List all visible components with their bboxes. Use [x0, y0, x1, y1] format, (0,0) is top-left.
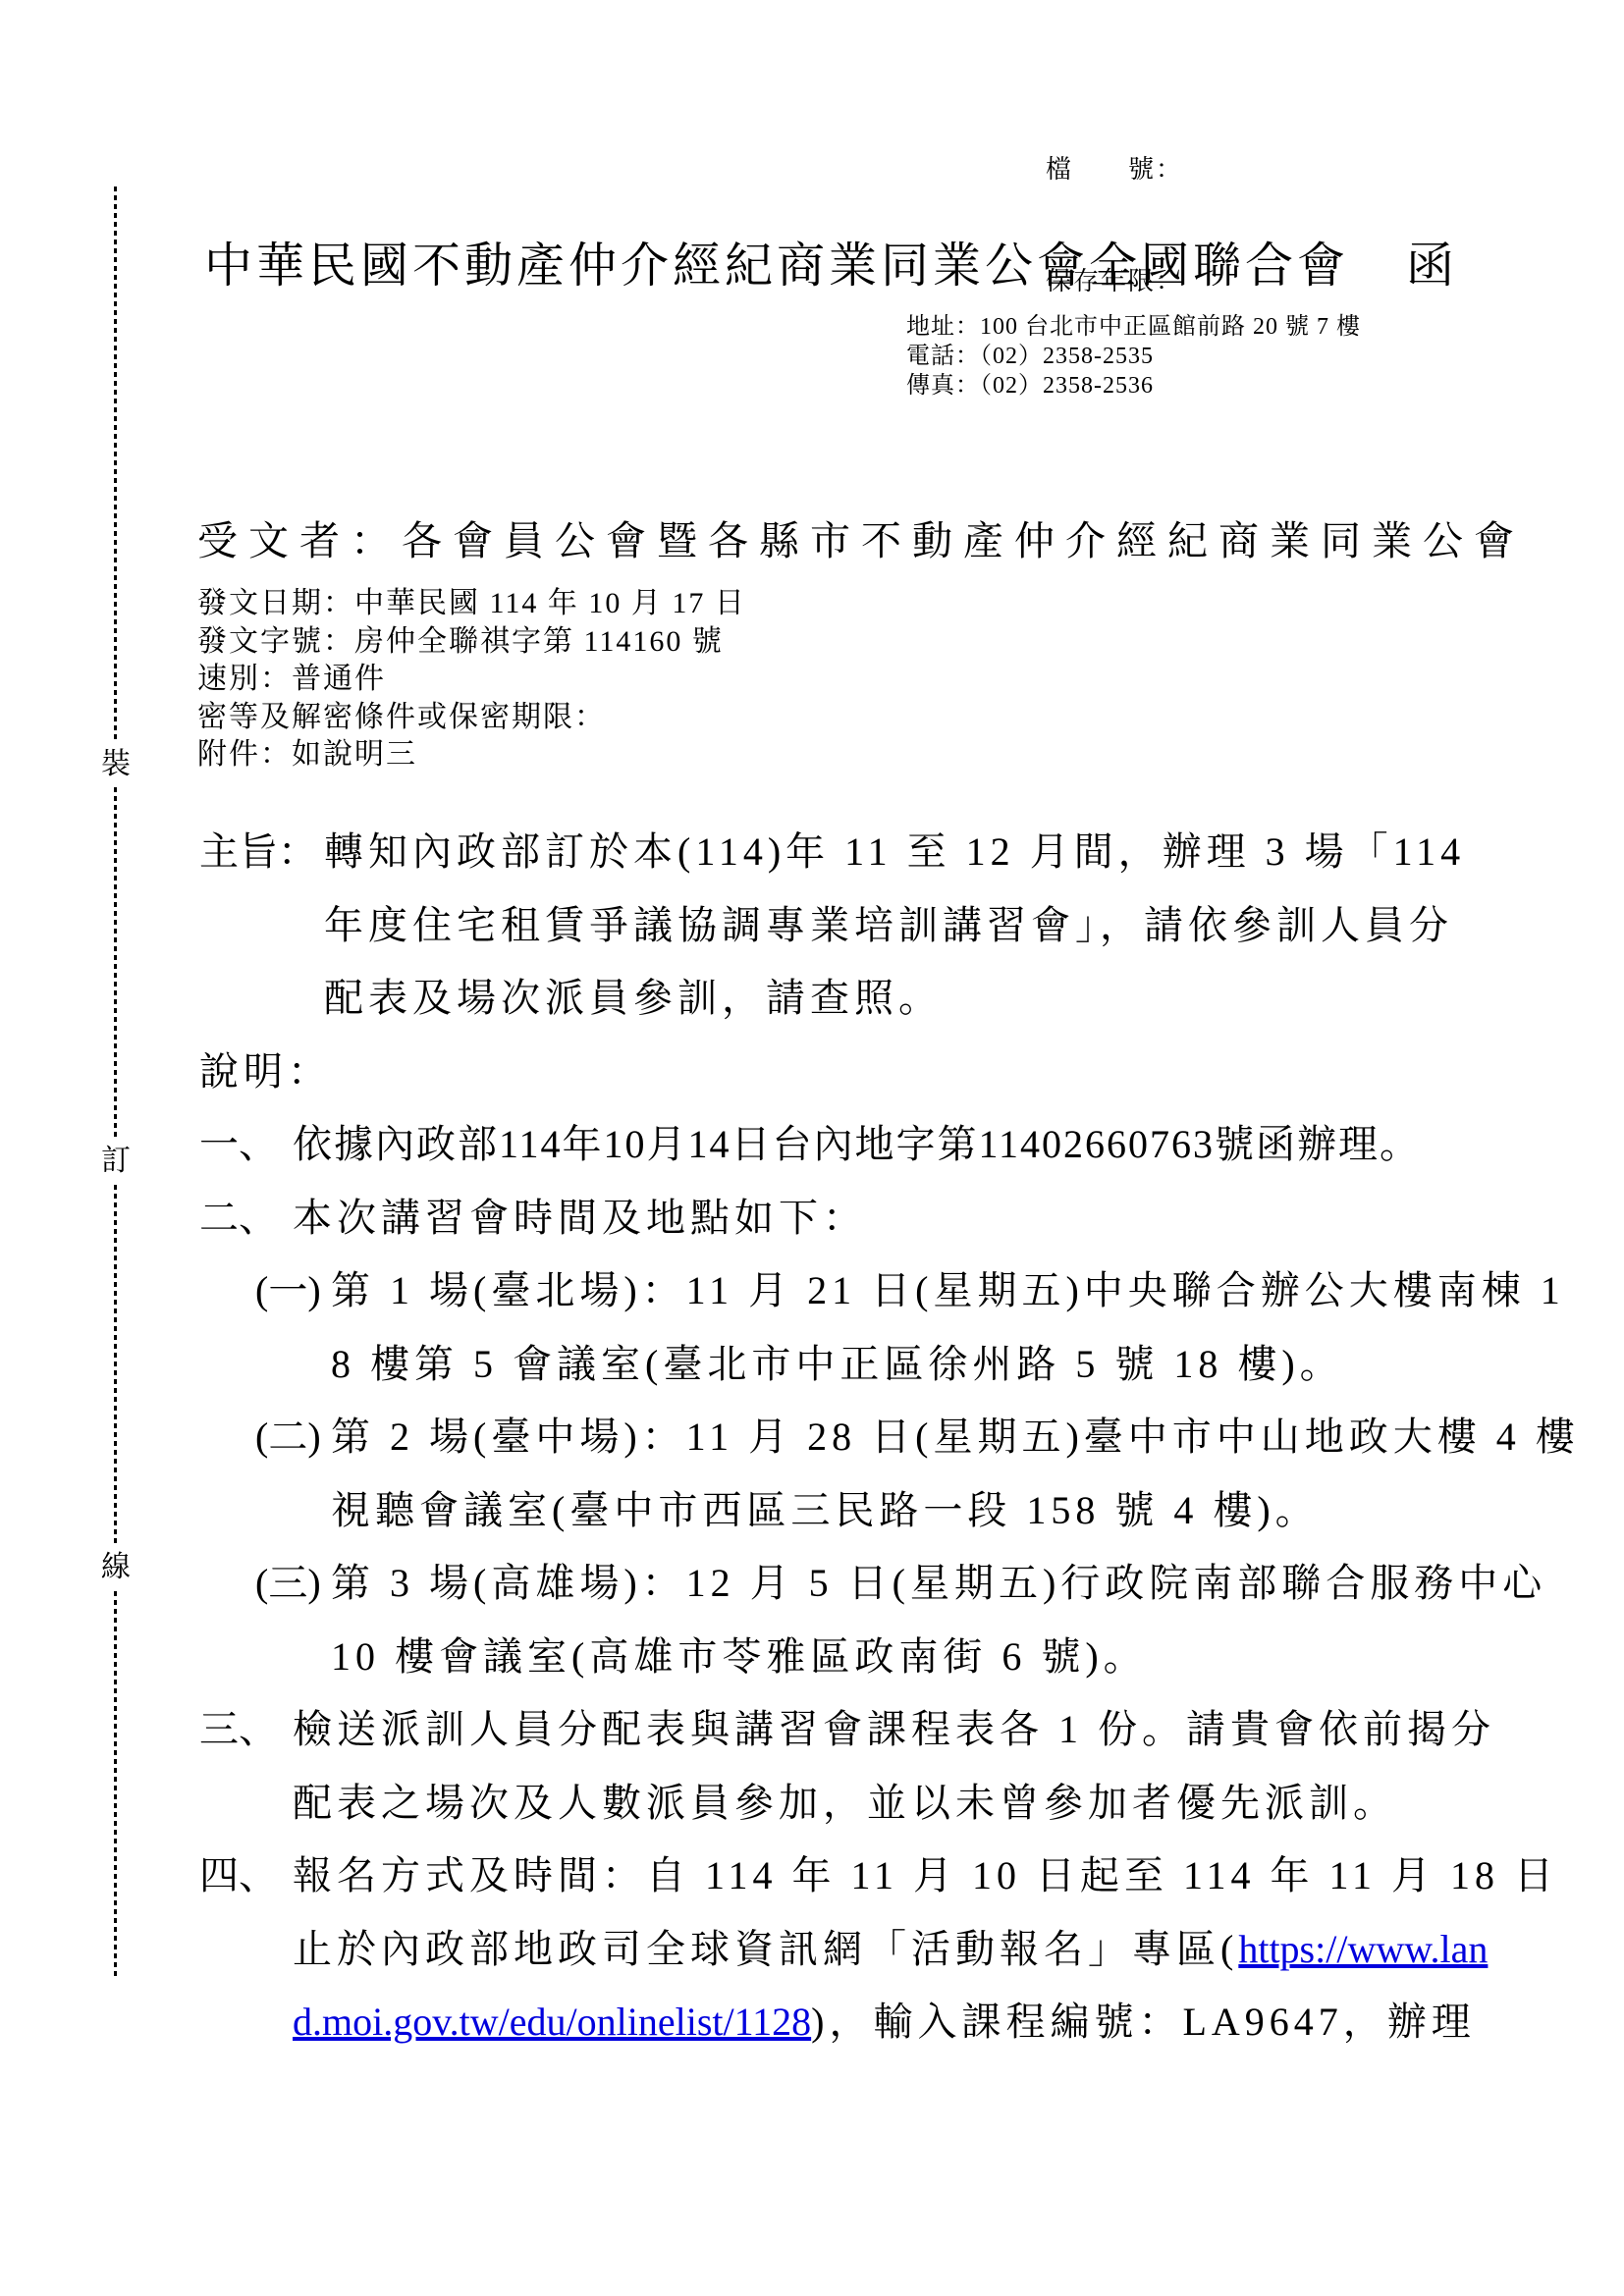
document-page: 檔 號： 保存年限： 中華民國不動產仲介經紀商業同業公會全國聯合會函 地址：10… — [0, 0, 1624, 2296]
item-1-text: 依據內政部114年10月14日台內地字第11402660763號函辦理。 — [293, 1122, 1421, 1166]
item-3-text: 檢送派訓人員分配表與講習會課程表各 1 份。請貴會依前揭分 — [293, 1707, 1495, 1751]
item-4-number: 四、 — [199, 1840, 293, 1913]
subitem-1-text: 第 1 場(臺北場)：11 月 21 日(星期五)中央聯合辦公大樓南棟 1 — [331, 1268, 1565, 1312]
item-4-line-2: 止於內政部地政司全球資訊網「活動報名」專區(https://www.lan — [0, 1913, 1624, 1987]
subitem-1-number: (一) — [255, 1255, 331, 1328]
item-2-line-1: 二、本次講習會時間及地點如下： — [0, 1182, 1624, 1255]
item-4-line-3: d.moi.gov.tw/edu/onlinelist/1128)，輸入課程編號… — [0, 1986, 1624, 2059]
subitem-3-line-1: (三)第 3 場(高雄場)：12 月 5 日(星期五)行政院南部聯合服務中心 — [0, 1547, 1624, 1621]
item-1-number: 一、 — [199, 1108, 293, 1182]
item-3-number: 三、 — [199, 1693, 293, 1767]
subitem-3-text: 第 3 場(高雄場)：12 月 5 日(星期五)行政院南部聯合服務中心 — [331, 1561, 1546, 1605]
address-line: 地址：100 台北市中正區館前路 20 號 7 樓 — [906, 312, 1361, 342]
subitem-2-line-1: (二)第 2 場(臺中場)：11 月 28 日(星期五)臺中市中山地政大樓 4 … — [0, 1401, 1624, 1474]
document-title: 中華民國不動產仲介經紀商業同業公會全國聯合會函 — [204, 228, 1458, 296]
subject-label: 主旨： — [199, 816, 324, 889]
binding-char-zhuang: 裝 — [95, 742, 136, 787]
registration-url-link-part1[interactable]: https://www.lan — [1238, 1927, 1488, 1971]
item-4-line-3-text: )，輸入課程編號：LA9647，辦理 — [811, 2000, 1476, 2044]
subitem-2-line-2: 視聽會議室(臺中市西區三民路一段 158 號 4 樓)。 — [0, 1474, 1624, 1548]
item-2-text: 本次講習會時間及地點如下： — [293, 1196, 867, 1240]
item-3-line-2: 配表之場次及人數派員參加，並以未曾參加者優先派訓。 — [0, 1767, 1624, 1841]
fax-line: 傳真：（02）2358-2536 — [906, 371, 1361, 400]
subject-text-1: 轉知內政部訂於本(114)年 11 至 12 月間，辦理 3 場「114 — [324, 829, 1465, 874]
subject-line-1: 主旨：轉知內政部訂於本(114)年 11 至 12 月間，辦理 3 場「114 — [0, 816, 1624, 889]
subitem-3-line-2: 10 樓會議室(高雄市苓雅區政南街 6 號)。 — [0, 1621, 1624, 1694]
doc-number-line: 發文字號：房仲全聯祺字第 114160 號 — [197, 623, 746, 662]
meta-block: 發文日期：中華民國 114 年 10 月 17 日 發文字號：房仲全聯祺字第 1… — [197, 585, 746, 774]
security-line: 密等及解密條件或保密期限： — [197, 699, 746, 737]
phone-line: 電話：（02）2358-2535 — [906, 342, 1361, 371]
recipient-line: 受文者：各會員公會暨各縣市不動產仲介經紀商業同業公會 — [197, 508, 1525, 566]
speed-line: 速別：普通件 — [197, 661, 746, 699]
subitem-3-number: (三) — [255, 1547, 331, 1621]
doc-type: 函 — [1406, 239, 1458, 293]
item-4-line-2-text: 止於內政部地政司全球資訊網「活動報名」專區( — [293, 1927, 1238, 1971]
org-name: 中華民國不動產仲介經紀商業同業公會全國聯合會 — [204, 239, 1349, 293]
letter-body: 主旨：轉知內政部訂於本(114)年 11 至 12 月間，辦理 3 場「114 … — [0, 816, 1624, 2059]
subitem-2-number: (二) — [255, 1401, 331, 1474]
explanation-label: 說明： — [0, 1036, 1624, 1109]
file-number-label: 檔 號： — [1046, 151, 1183, 188]
registration-url-link-part2[interactable]: d.moi.gov.tw/edu/onlinelist/1128 — [293, 2000, 811, 2044]
item-4-text: 報名方式及時間：自 114 年 11 月 10 日起至 114 年 11 月 1… — [293, 1853, 1558, 1897]
item-1-line-1: 一、依據內政部114年10月14日台內地字第11402660763號函辦理。 — [0, 1108, 1624, 1182]
subject-line-2: 年度住宅租賃爭議協調專業培訓講習會」，請依參訓人員分 — [0, 889, 1624, 963]
item-3-line-1: 三、檢送派訓人員分配表與講習會課程表各 1 份。請貴會依前揭分 — [0, 1693, 1624, 1767]
item-4-line-1: 四、報名方式及時間：自 114 年 11 月 10 日起至 114 年 11 月… — [0, 1840, 1624, 1913]
issue-date-line: 發文日期：中華民國 114 年 10 月 17 日 — [197, 585, 746, 623]
item-2-number: 二、 — [199, 1182, 293, 1255]
contact-block: 地址：100 台北市中正區館前路 20 號 7 樓 電話：（02）2358-25… — [906, 312, 1361, 400]
subitem-1-line-1: (一)第 1 場(臺北場)：11 月 21 日(星期五)中央聯合辦公大樓南棟 1 — [0, 1255, 1624, 1328]
subitem-2-text: 第 2 場(臺中場)：11 月 28 日(星期五)臺中市中山地政大樓 4 樓 — [331, 1415, 1580, 1459]
attachment-line: 附件：如說明三 — [197, 736, 746, 774]
subitem-1-line-2: 8 樓第 5 會議室(臺北市中正區徐州路 5 號 18 樓)。 — [0, 1328, 1624, 1402]
subject-line-3: 配表及場次派員參訓，請查照。 — [0, 962, 1624, 1036]
